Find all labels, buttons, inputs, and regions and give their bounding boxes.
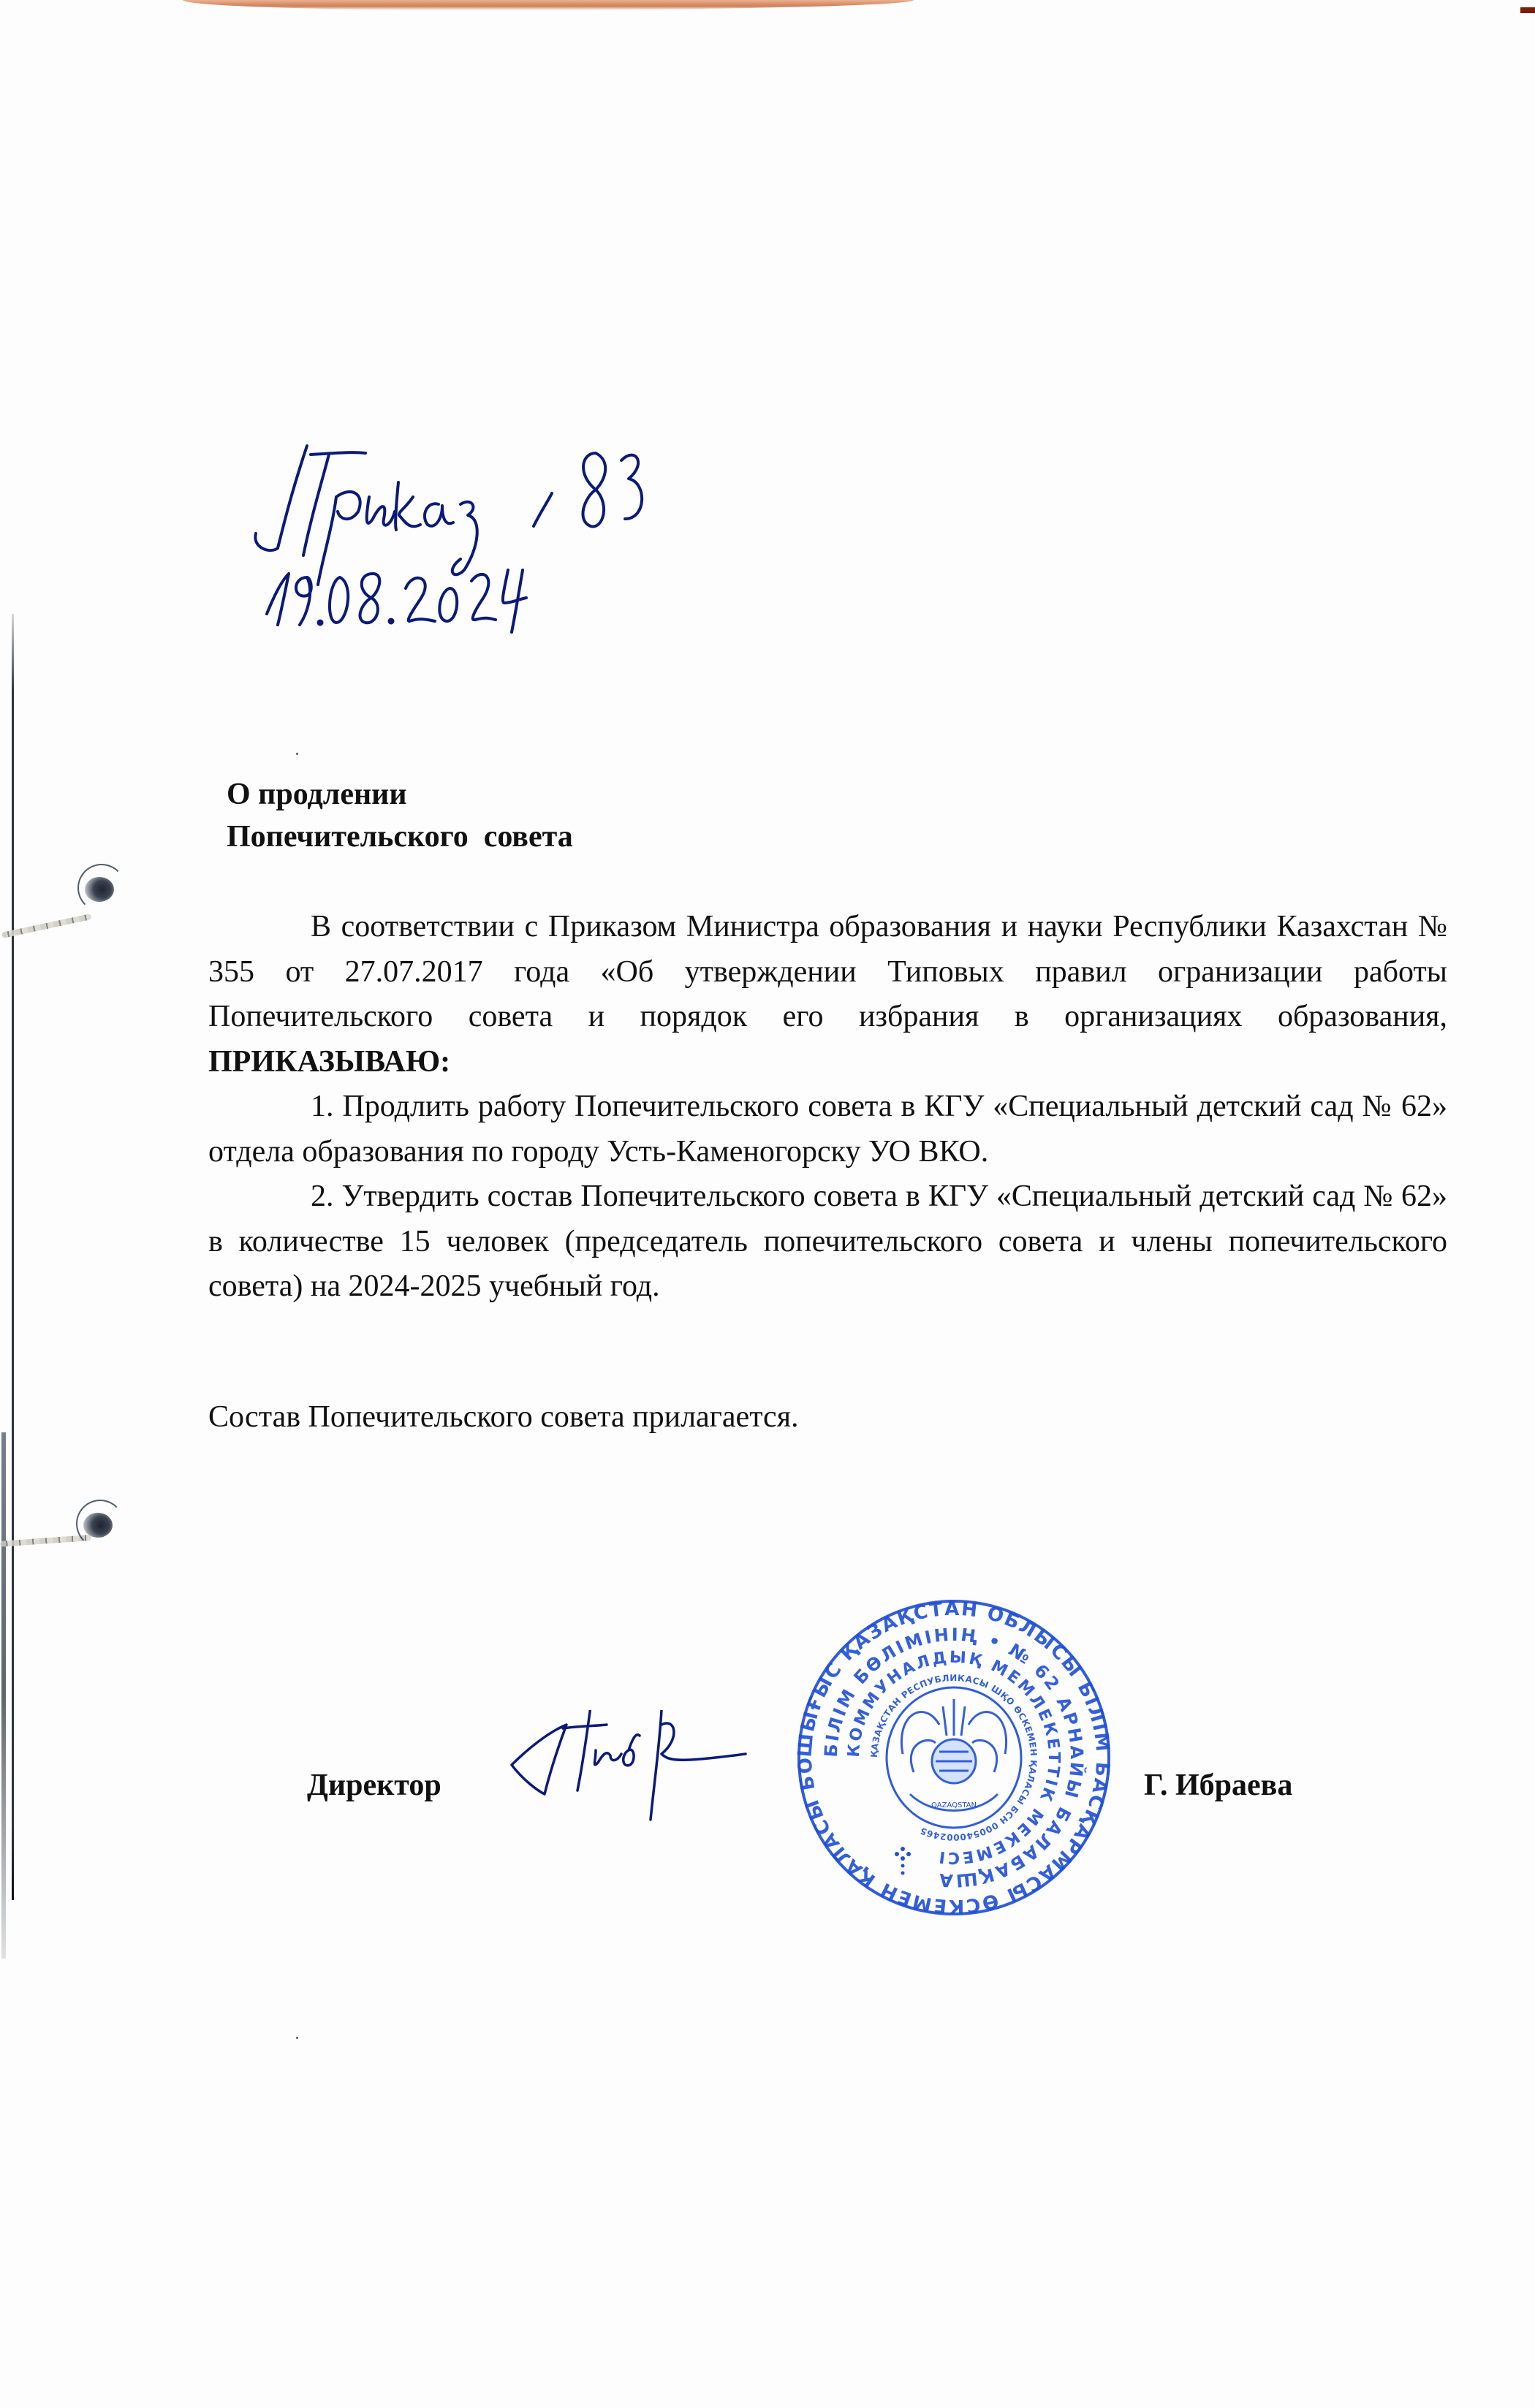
attachment-note: Состав Попечительского совета прилагаетс… bbox=[208, 1396, 799, 1438]
binder-hole-bottom bbox=[80, 1511, 114, 1542]
handwritten-order-date-glyphs bbox=[263, 563, 541, 643]
document-title-line-1: О продлении bbox=[227, 773, 573, 816]
order-directive: ПРИКАЗЫВАЮ: bbox=[208, 1045, 450, 1079]
order-item-number: 1. bbox=[311, 1090, 334, 1123]
signer-name: Г. Ибраева bbox=[1144, 1760, 1292, 1811]
stamp-star-ornament bbox=[895, 1847, 911, 1875]
preamble-text: В соответствии с Приказом Министра образ… bbox=[208, 910, 1447, 1033]
page-edge-artifact bbox=[1520, 7, 1535, 13]
stamp-emblem-label: QAZAQSTAN bbox=[931, 1801, 977, 1809]
document-title-line-2: Попечительского совета bbox=[227, 816, 573, 858]
order-item-1: 1. Продлить работу Попечительского совет… bbox=[208, 1085, 1447, 1174]
official-stamp: ШЫҒЫС ҚАЗАҚСТАН ОБЛЫСЫ БІЛІМ БАСҚАРМАСЫ … bbox=[793, 1597, 1115, 1918]
handwritten-order-date bbox=[263, 563, 541, 643]
order-item-text: Продлить работу Попечительского совета в… bbox=[208, 1090, 1447, 1169]
state-emblem-icon bbox=[901, 1699, 1006, 1811]
binder-knot bbox=[83, 1513, 113, 1538]
document-title: О продлении Попечительского совета bbox=[227, 773, 573, 858]
binder-edge-line bbox=[12, 614, 14, 1900]
handwritten-signature bbox=[504, 1710, 760, 1842]
binder-knot bbox=[85, 877, 114, 902]
binder-string-top bbox=[1, 914, 92, 938]
binder-hole-top bbox=[82, 876, 115, 906]
signature-block: Директор Г. Ибраева bbox=[0, 1760, 1535, 1818]
paper-speck bbox=[296, 753, 298, 755]
order-item-number: 2. bbox=[311, 1180, 334, 1213]
signer-position: Директор bbox=[307, 1760, 441, 1811]
binder-edge-shadow bbox=[1, 1432, 6, 1959]
paper-speck bbox=[296, 2037, 298, 2039]
order-item-2: 2. Утвердить состав Попечительского сове… bbox=[208, 1174, 1447, 1310]
signature-glyph bbox=[504, 1710, 760, 1842]
preamble-paragraph: В соответствии с Приказом Министра образ… bbox=[208, 905, 1447, 1085]
page-edge-artifact bbox=[183, 0, 914, 10]
document-body: В соответствии с Приказом Министра образ… bbox=[208, 905, 1447, 1310]
stamp-seal: ШЫҒЫС ҚАЗАҚСТАН ОБЛЫСЫ БІЛІМ БАСҚАРМАСЫ … bbox=[793, 1597, 1115, 1918]
order-item-text: Утвердить состав Попечительского совета … bbox=[208, 1180, 1447, 1303]
